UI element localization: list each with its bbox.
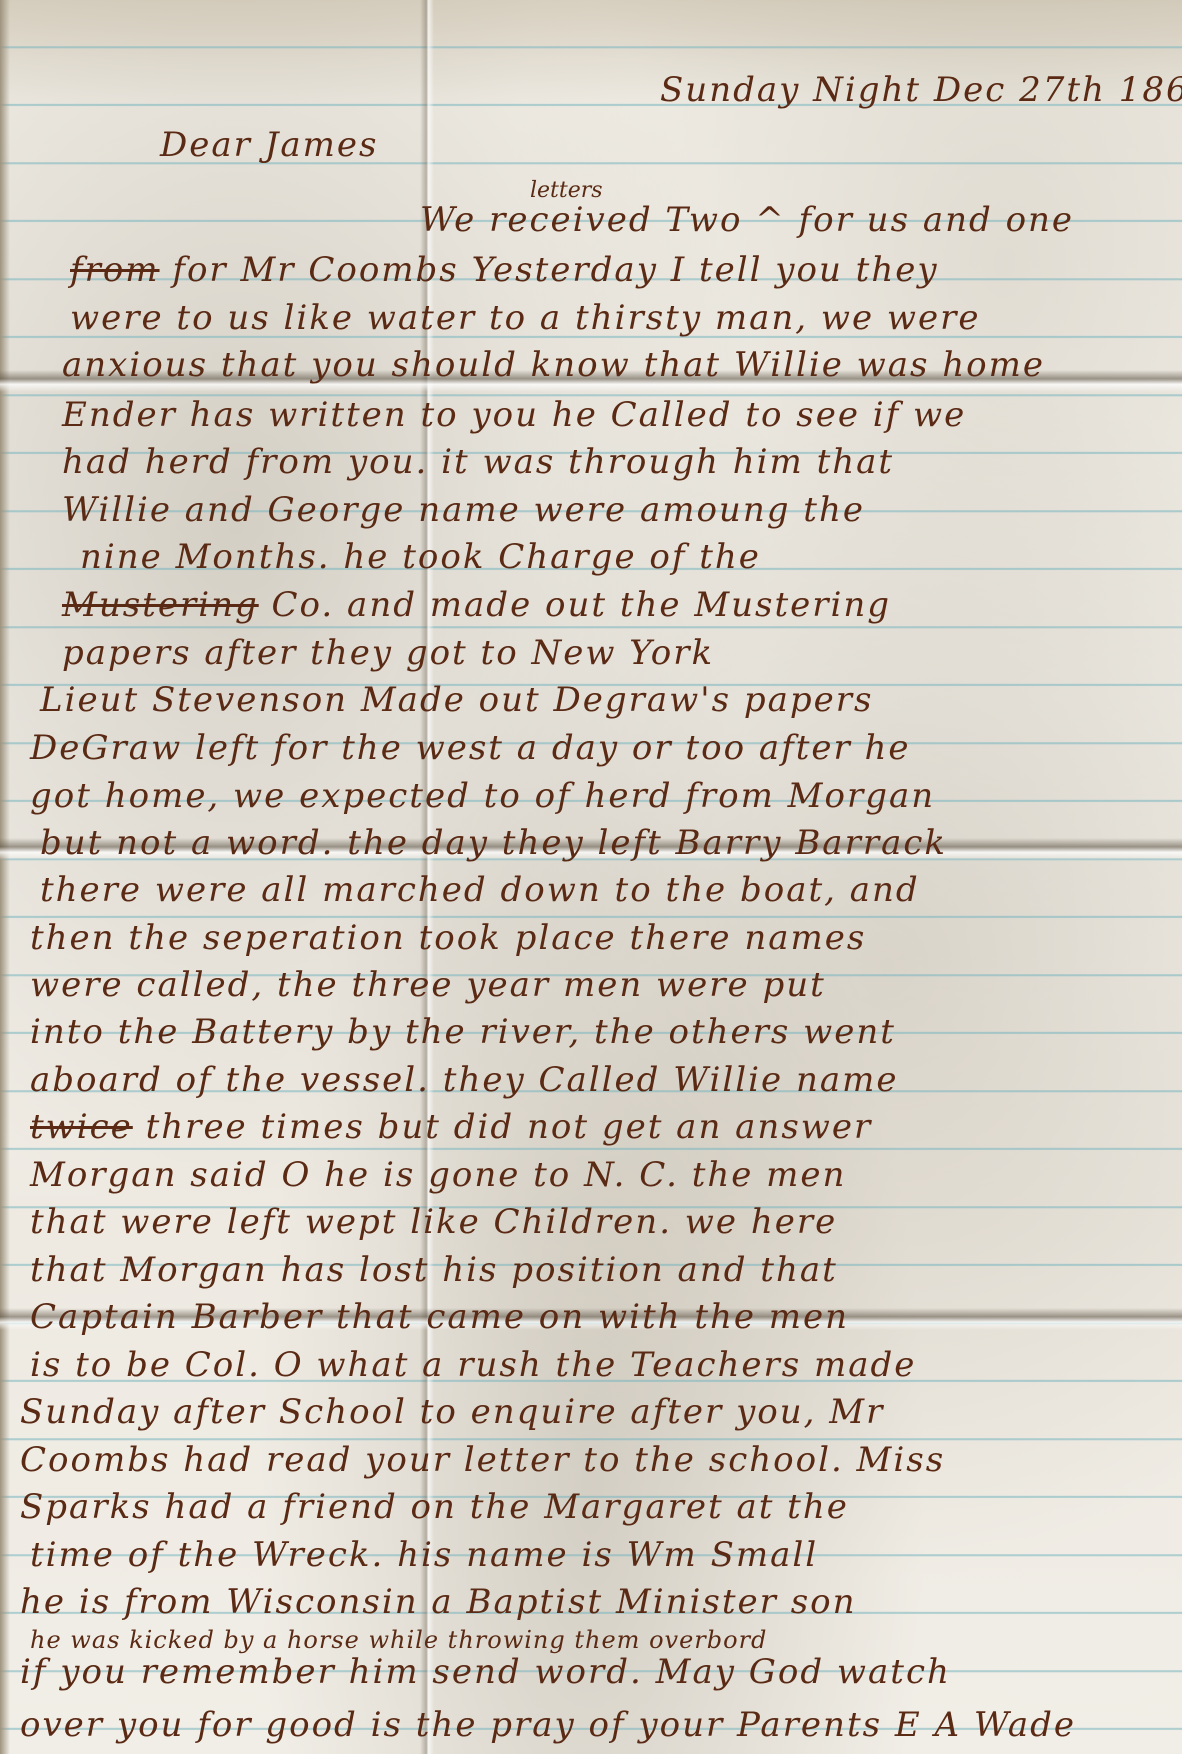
- letter-line: twice three times but did not get an ans…: [30, 1107, 1130, 1147]
- letter-line: Mustering Co. and made out the Mustering: [62, 585, 1162, 625]
- letter-line: Willie and George name were amoung the: [62, 490, 1162, 530]
- handwritten-letter: Sunday Night Dec 27th 1863 Dear James le…: [0, 0, 1182, 1754]
- letter-line: anxious that you should know that Willie…: [62, 345, 1162, 385]
- letter-line: Morgan said O he is gone to N. C. the me…: [30, 1155, 1130, 1195]
- letter-line: but not a word. the day they left Barry …: [40, 823, 1140, 863]
- letter-line-signature: over you for good is the pray of your Pa…: [20, 1705, 1120, 1745]
- letter-line: got home, we expected to of herd from Mo…: [30, 776, 1130, 816]
- letter-line: time of the Wreck. his name is Wm Small: [30, 1535, 1130, 1575]
- letter-line: he is from Wisconsin a Baptist Minister …: [20, 1582, 1120, 1622]
- letter-line: had herd from you. it was through him th…: [62, 442, 1162, 482]
- struck-word: twice: [30, 1107, 133, 1147]
- letter-line: We received Two ^ for us and one: [420, 200, 1182, 240]
- letter-line: if you remember him send word. May God w…: [20, 1652, 1120, 1692]
- letter-line: Ender has written to you he Called to se…: [62, 395, 1162, 435]
- letter-line: Coombs had read your letter to the schoo…: [20, 1440, 1120, 1480]
- letter-line: Sparks had a friend on the Margaret at t…: [20, 1487, 1120, 1527]
- dateline: Sunday Night Dec 27th 1863: [660, 70, 1182, 110]
- letter-line: were to us like water to a thirsty man, …: [70, 298, 1170, 338]
- letter-line: aboard of the vessel. they Called Willie…: [30, 1060, 1130, 1100]
- letter-line: then the seperation took place there nam…: [30, 918, 1130, 958]
- letter-line: DeGraw left for the west a day or too af…: [30, 728, 1130, 768]
- letter-line: that were left wept like Children. we he…: [30, 1202, 1130, 1242]
- letter-line: papers after they got to New York: [62, 633, 1162, 673]
- letter-line: that Morgan has lost his position and th…: [30, 1250, 1130, 1290]
- salutation: Dear James: [160, 125, 1182, 165]
- letter-line: were called, the three year men were put: [30, 965, 1130, 1005]
- letter-line: there were all marched down to the boat,…: [40, 870, 1140, 910]
- letter-line-inserted: he was kicked by a horse while throwing …: [30, 1626, 1130, 1654]
- letter-line: Lieut Stevenson Made out Degraw's papers: [40, 680, 1140, 720]
- letter-line: is to be Col. O what a rush the Teachers…: [30, 1345, 1130, 1385]
- letter-line: nine Months. he took Charge of the: [80, 537, 1180, 577]
- letter-line: into the Battery by the river, the other…: [30, 1012, 1130, 1052]
- struck-word: Mustering: [62, 585, 259, 625]
- struck-word: from: [70, 250, 160, 290]
- letter-line: from for Mr Coombs Yesterday I tell you …: [70, 250, 1170, 290]
- letter-line: Captain Barber that came on with the men: [30, 1297, 1130, 1337]
- letter-line: Sunday after School to enquire after you…: [20, 1392, 1120, 1432]
